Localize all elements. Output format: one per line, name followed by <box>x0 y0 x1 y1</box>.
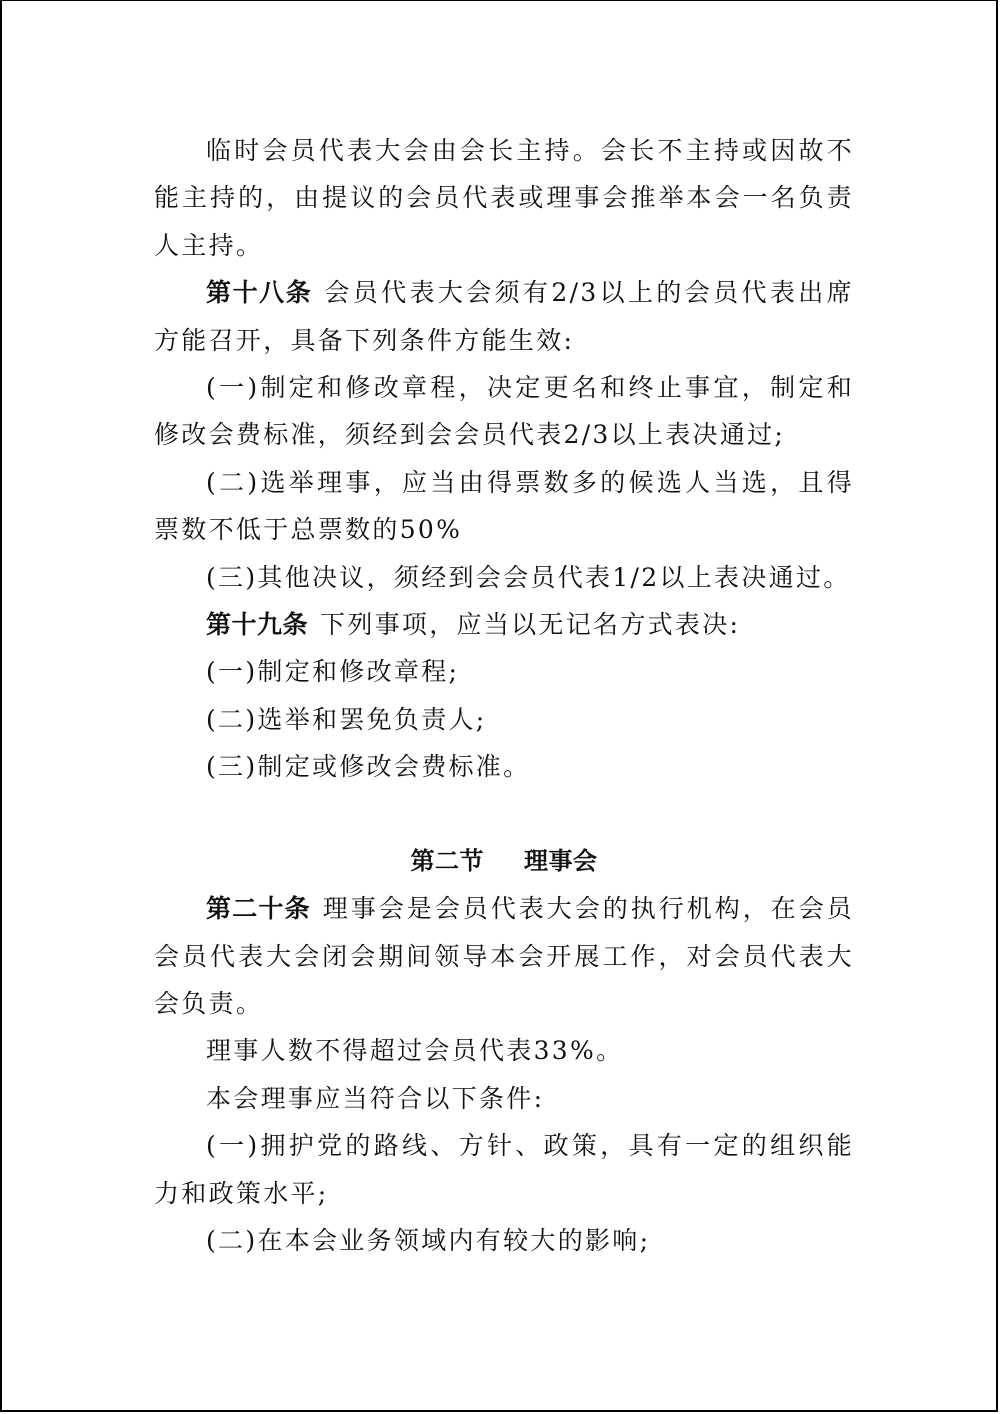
article-19-item-1: (一)制定和修改章程; <box>154 648 854 695</box>
condition-item-1: (一)拥护党的路线、方针、政策，具有一定的组织能力和政策水平; <box>154 1122 854 1217</box>
paragraph-meeting-chair: 临时会员代表大会由会长主持。会长不主持或因故不能主持的，由提议的会员代表或理事会… <box>154 127 854 269</box>
article-19-item-2: (二)选举和罢免负责人; <box>154 696 854 743</box>
article-18-item-2: (二)选举理事，应当由得票数多的候选人当选，且得票数不低于总票数的50% <box>154 459 854 554</box>
section-title: 理事会 <box>524 847 598 875</box>
article-20-label: 第二十条 <box>206 894 311 923</box>
article-20: 第二十条理事会是会员代表大会的执行机构，在会员会员代表大会闭会期间领导本会开展工… <box>154 885 854 1027</box>
paragraph-director-conditions: 本会理事应当符合以下条件: <box>154 1075 854 1122</box>
paragraph-director-limit: 理事人数不得超过会员代表33%。 <box>154 1027 854 1074</box>
section-heading: 第二节理事会 <box>154 838 854 885</box>
article-18-item-3: (三)其他决议，须经到会会员代表1/2以上表决通过。 <box>154 554 854 601</box>
document-page: 临时会员代表大会由会长主持。会长不主持或因故不能主持的，由提议的会员代表或理事会… <box>0 0 998 1412</box>
article-19-text: 下列事项，应当以无记名方式表决: <box>320 610 740 639</box>
article-19: 第十九条下列事项，应当以无记名方式表决: <box>154 601 854 648</box>
document-body: 临时会员代表大会由会长主持。会长不主持或因故不能主持的，由提议的会员代表或理事会… <box>154 127 854 1264</box>
article-19-label: 第十九条 <box>206 610 308 639</box>
section-number: 第二节 <box>411 847 485 875</box>
condition-item-2: (二)在本会业务领域内有较大的影响; <box>154 1217 854 1264</box>
article-18-label: 第十八条 <box>206 278 312 307</box>
article-19-item-3: (三)制定或修改会费标准。 <box>154 743 854 790</box>
article-18-item-1: (一)制定和修改章程，决定更名和终止事宜，制定和修改会费标准，须经到会会员代表2… <box>154 364 854 459</box>
article-18: 第十八条会员代表大会须有2/3以上的会员代表出席方能召开，具备下列条件方能生效: <box>154 269 854 364</box>
